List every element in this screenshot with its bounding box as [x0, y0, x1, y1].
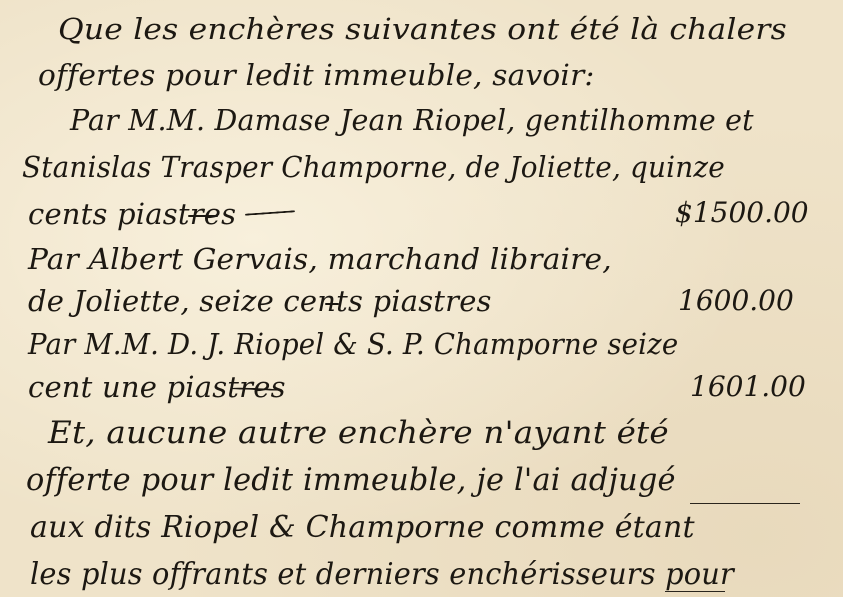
text-line-13: les plus offrants et derniers enchérisse…: [30, 557, 734, 592]
text-line-3: Par M.M. Damase Jean Riopel, gentilhomme…: [70, 103, 754, 137]
filler-dash: [245, 210, 295, 215]
text-line-7: de Joliette, seize cents piastres: [28, 284, 492, 318]
amount-1: $1500.00: [675, 196, 809, 229]
underline-mark: [690, 503, 800, 504]
amount-3: 1601.00: [690, 370, 806, 403]
text-line-5: cents piastres: [28, 197, 236, 231]
text-line-4: Stanislas Trasper Champorne, de Joliette…: [22, 150, 725, 184]
text-line-6: Par Albert Gervais, marchand libraire,: [28, 242, 612, 276]
filler-dash: [325, 303, 339, 305]
filler-dash: [188, 215, 218, 217]
text-line-1: Que les enchères suivantes ont été là ch…: [58, 12, 787, 46]
underline-mark: [665, 591, 725, 592]
text-line-10: Et, aucune autre enchère n'ayant été: [48, 415, 669, 451]
text-line-2: offertes pour ledit immeuble, savoir:: [38, 58, 595, 92]
text-line-8: Par M.M. D. J. Riopel & S. P. Champorne …: [28, 327, 678, 361]
text-line-11: offerte pour ledit immeuble, je l'ai adj…: [26, 462, 676, 498]
amount-2: 1600.00: [678, 284, 794, 317]
text-line-12: aux dits Riopel & Champorne comme étant: [30, 510, 695, 545]
manuscript-page: Que les enchères suivantes ont été là ch…: [0, 0, 843, 597]
